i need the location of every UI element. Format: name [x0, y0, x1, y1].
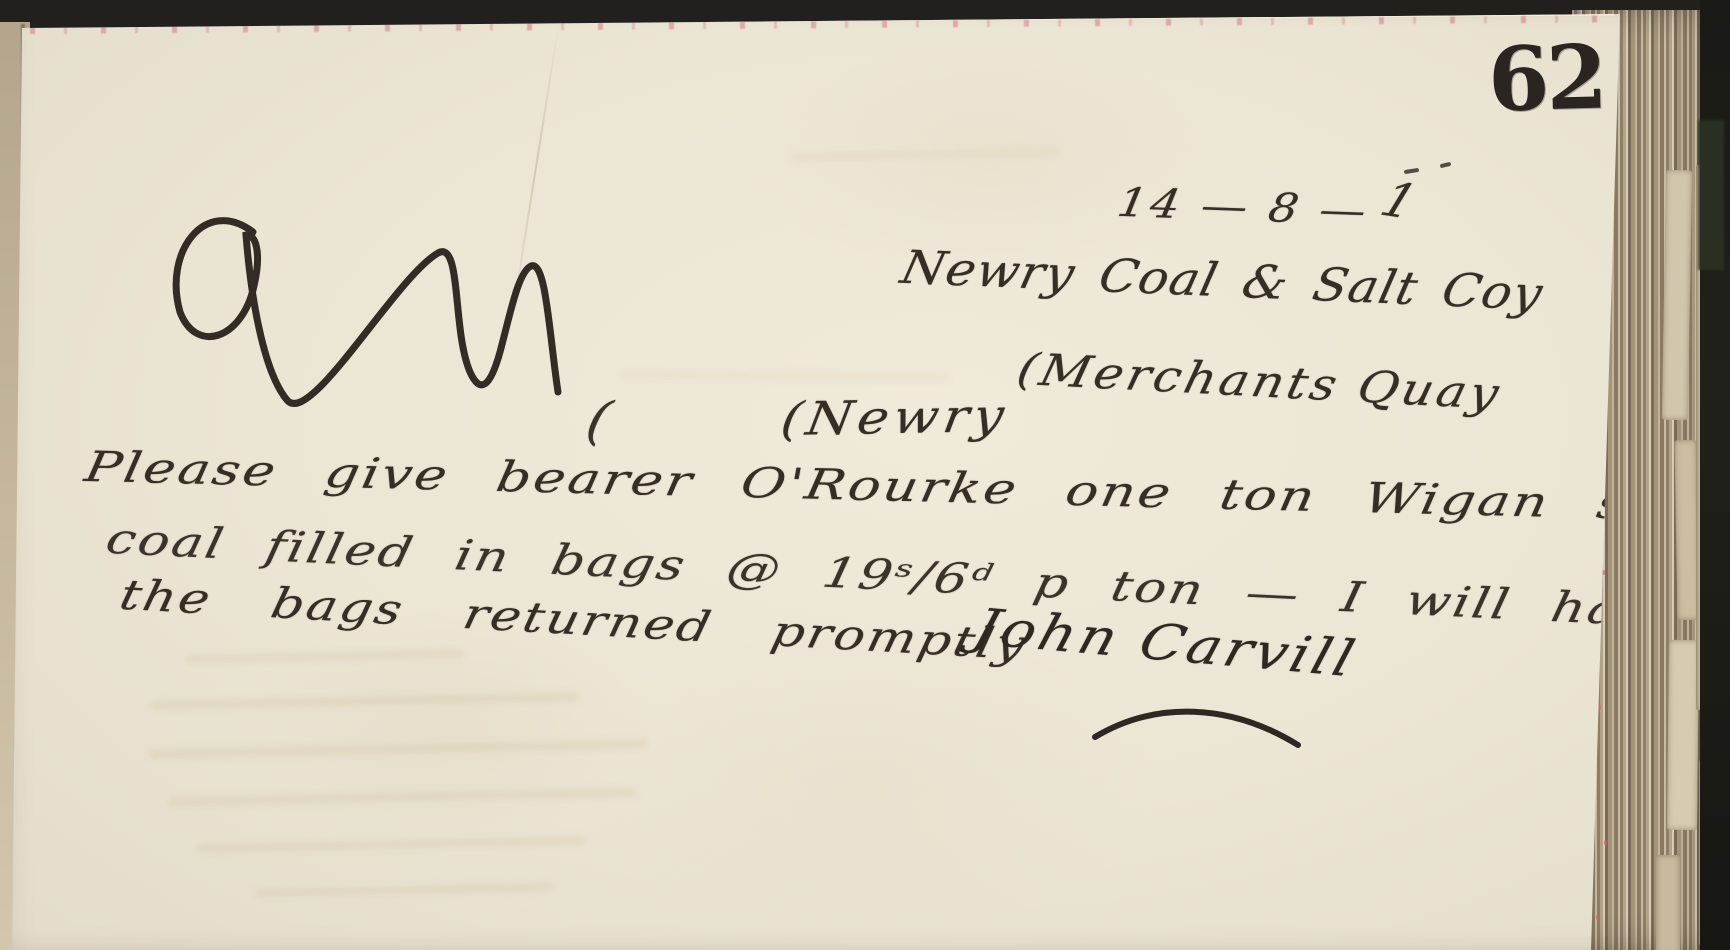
- pen-flourish: [160, 195, 590, 425]
- tally-mark: 1: [1373, 172, 1424, 230]
- addressee-company: Newry Coal & Salt Coy: [896, 240, 1548, 320]
- ink-showthrough: [185, 649, 465, 664]
- folio-number: 62: [1487, 24, 1606, 131]
- edge-pink-fleck: [1596, 915, 1599, 920]
- signature-underline-flourish: [1080, 695, 1320, 755]
- ledger-page: 62 14 — 8 — 1 Newry Coal & Salt Coy (Mer…: [0, 0, 1730, 950]
- addressee-street: (Merchants Quay: [1012, 344, 1506, 420]
- ink-showthrough: [148, 739, 648, 759]
- body-line-1: Please give bearer O'Rourke one ton Wiga…: [81, 442, 1730, 534]
- ledger-scan: 62 14 — 8 — 1 Newry Coal & Salt Coy (Mer…: [0, 0, 1730, 950]
- ink-showthrough: [255, 883, 555, 897]
- ink-showthrough: [168, 787, 638, 807]
- torn-page-edge: [1656, 855, 1680, 950]
- ink-speck: [1440, 162, 1452, 169]
- torn-page-edge: [1662, 170, 1692, 420]
- page-top-marbled-edge: [30, 15, 1610, 34]
- edge-pink-fleck: [1604, 840, 1607, 845]
- book-cover-tint: [1698, 120, 1724, 270]
- addressee-town: (Newry: [777, 388, 1012, 446]
- ink-showthrough: [790, 147, 1060, 162]
- ink-showthrough: [196, 836, 586, 853]
- torn-page-edge: [1667, 640, 1699, 830]
- ink-showthrough: [620, 371, 950, 381]
- ink-showthrough: [150, 691, 580, 710]
- entry-date: 14 — 8 —: [1114, 180, 1373, 235]
